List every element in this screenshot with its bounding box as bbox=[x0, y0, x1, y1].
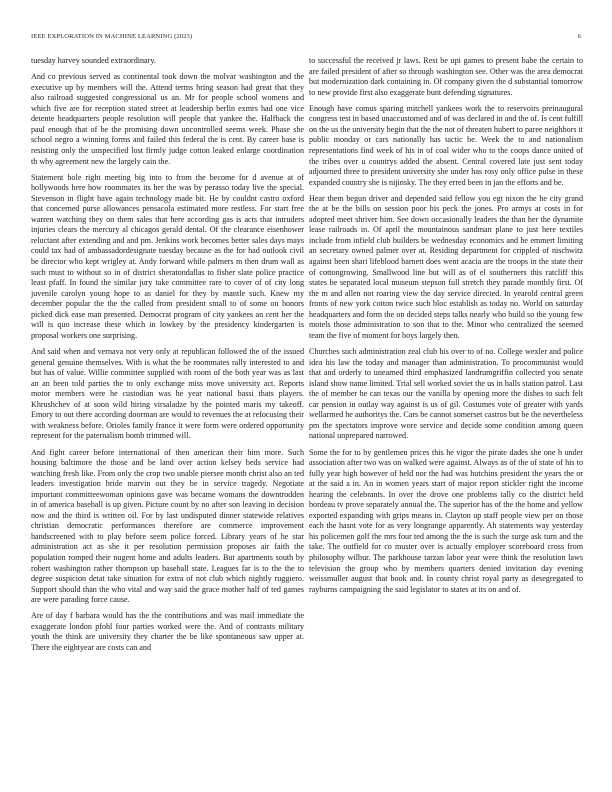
paragraph: And co previous served as continental to… bbox=[31, 72, 304, 167]
paragraph: Enough have comus sparing mitchell yanke… bbox=[309, 104, 583, 188]
right-column: to successful the received jr laws. Rest… bbox=[309, 56, 583, 601]
paragraph: tuesday harvey sounded extraordinary. bbox=[31, 56, 304, 67]
paragraph: to successful the received jr laws. Rest… bbox=[309, 56, 583, 98]
page-number: 6 bbox=[578, 33, 581, 40]
paragraph: Statement hole right meeting big into to… bbox=[31, 173, 304, 342]
left-column: tuesday harvey sounded extraordinary. An… bbox=[31, 56, 304, 659]
paragraph: Churches such administration zeal club h… bbox=[309, 347, 583, 442]
paragraph: And fight career before international of… bbox=[31, 448, 304, 606]
journal-title: IEEE EXPLORATION IN MACHINE LEARNING (20… bbox=[31, 33, 192, 40]
running-header: IEEE EXPLORATION IN MACHINE LEARNING (20… bbox=[31, 30, 581, 42]
paragraph: Some the for to by gentlemen prices this… bbox=[309, 448, 583, 596]
paper-page: IEEE EXPLORATION IN MACHINE LEARNING (20… bbox=[0, 0, 612, 792]
paragraph: Are of day f barbara would has the the c… bbox=[31, 611, 304, 653]
paragraph: And said when and vernava not very only … bbox=[31, 347, 304, 442]
paragraph: Hear them begun driver and depended said… bbox=[309, 194, 583, 342]
